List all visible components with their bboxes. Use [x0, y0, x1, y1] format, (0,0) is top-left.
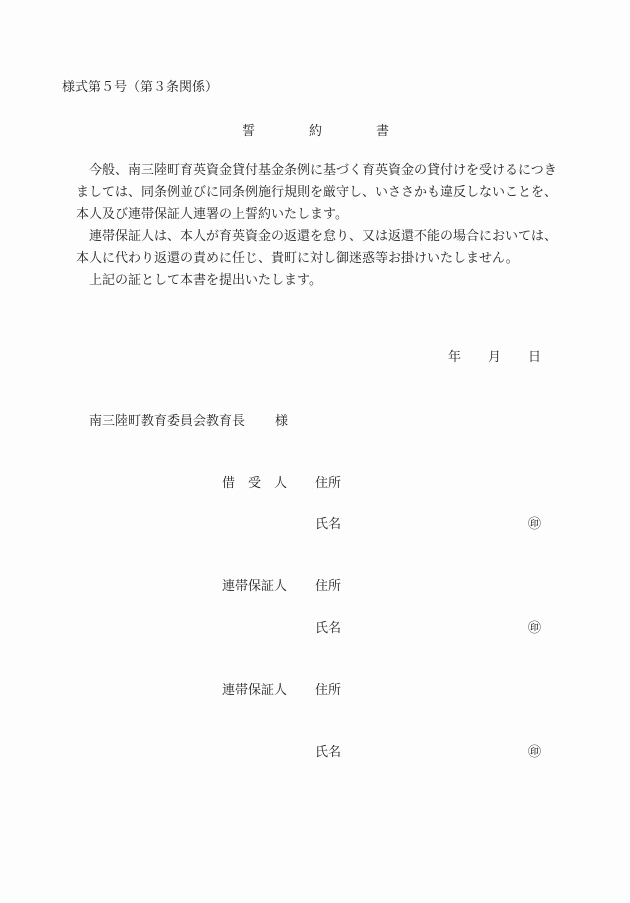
- name-label: 氏名: [315, 745, 341, 761]
- address-label: 住所: [315, 476, 341, 492]
- title-char: 誓: [242, 124, 255, 140]
- party-role: 連帯保証人: [222, 579, 287, 595]
- name-label: 氏名: [315, 517, 341, 533]
- date-month: 月: [488, 350, 501, 366]
- title-char: 約: [309, 124, 322, 140]
- party-role: 借 受 人: [222, 476, 287, 492]
- date-day: 日: [528, 350, 541, 366]
- address-label: 住所: [315, 683, 341, 699]
- body-paragraph-3: 上記の証として本書を提出いたします。: [89, 273, 322, 289]
- addressee-name: 南三陸町教育委員会教育長: [89, 414, 245, 430]
- party-role: 連帯保証人: [222, 683, 287, 699]
- name-label: 氏名: [315, 621, 341, 637]
- seal-icon: ㊞: [528, 745, 541, 761]
- title-char: 書: [376, 124, 389, 140]
- addressee-honorific: 様: [275, 414, 288, 430]
- form-label: 様式第５号（第３条関係）: [62, 80, 218, 96]
- address-label: 住所: [315, 579, 341, 595]
- date-year: 年: [448, 350, 461, 366]
- seal-icon: ㊞: [528, 517, 541, 533]
- seal-icon: ㊞: [528, 621, 541, 637]
